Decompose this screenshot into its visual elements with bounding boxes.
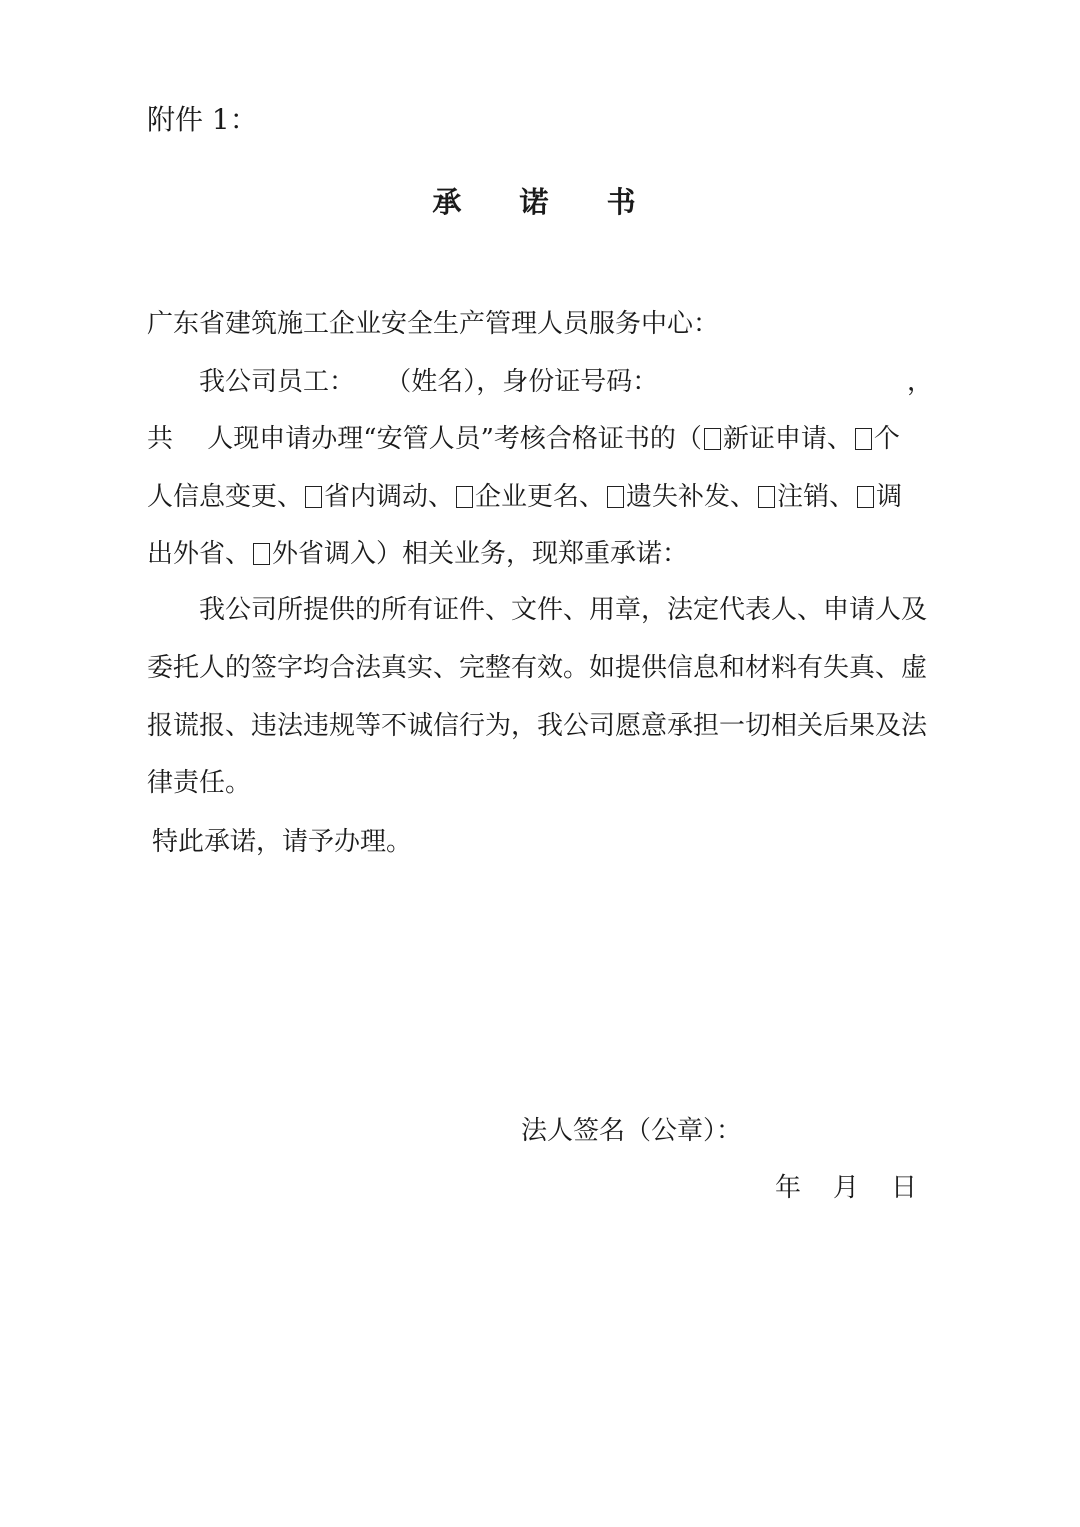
- option-personal-info-change-end: 人信息变更、: [147, 482, 303, 512]
- paragraph2-line2: 委托人的签字均合法真实、完整有效。如提供信息和材料有失真、虚: [147, 652, 933, 684]
- signature-label: 法人签名（公章）：: [521, 1115, 742, 1147]
- checkbox-transfer-in-province[interactable]: [253, 543, 270, 565]
- checkbox-transfer-out-province[interactable]: [857, 486, 874, 508]
- document-title: 承 诺 书: [0, 186, 1080, 218]
- addressee: 广东省建筑施工企业安全生产管理人员服务中心：: [147, 308, 719, 340]
- option-personal-info-change-start: 个: [874, 424, 900, 454]
- checkbox-new-certificate[interactable]: [704, 428, 721, 450]
- checkbox-cancellation[interactable]: [758, 486, 775, 508]
- option-company-rename: 企业更名、: [475, 482, 605, 512]
- option-cancellation: 注销、: [777, 482, 855, 512]
- option-transfer-out-province-end: 出外省、: [147, 539, 251, 569]
- paragraph2-line1: 我公司所提供的所有证件、文件、用章，法定代表人、申请人及: [147, 594, 933, 626]
- paragraph1-line1: 我公司员工： （姓名），身份证号码： ，: [147, 366, 933, 398]
- checkbox-company-rename[interactable]: [456, 486, 473, 508]
- option-lost-reissue: 遗失补发、: [626, 482, 756, 512]
- checkbox-personal-info-change[interactable]: [855, 428, 872, 450]
- option-transfer-in-province: 外省调入）相关业务，现郑重承诺：: [272, 539, 688, 569]
- date-year: 年: [775, 1173, 801, 1203]
- total-label: 共: [147, 424, 173, 454]
- apply-text: 人现申请办理“安管人员”考核合格证书的（: [207, 424, 702, 454]
- option-intra-province-transfer: 省内调动、: [324, 482, 454, 512]
- date-month: 月: [833, 1173, 859, 1203]
- closing-statement: 特此承诺，请予办理。: [152, 826, 412, 858]
- paragraph1-line4: 出外省、外省调入）相关业务，现郑重承诺：: [147, 538, 933, 570]
- paragraph2-line4: 律责任。: [147, 767, 933, 799]
- paragraph1-line3: 人信息变更、省内调动、企业更名、遗失补发、注销、调: [147, 481, 933, 513]
- name-id-label: （姓名），身份证号码：: [385, 367, 658, 397]
- checkbox-intra-province-transfer[interactable]: [305, 486, 322, 508]
- comma: ，: [907, 366, 933, 398]
- employee-label: 我公司员工：: [199, 367, 355, 397]
- date-day: 日: [891, 1173, 917, 1203]
- option-transfer-out-province-start: 调: [876, 482, 902, 512]
- attachment-label: 附件 1：: [147, 104, 258, 136]
- paragraph1-line2: 共 人现申请办理“安管人员”考核合格证书的（新证申请、个: [147, 423, 933, 455]
- paragraph2-line3: 报谎报、违法违规等不诚信行为，我公司愿意承担一切相关后果及法: [147, 710, 933, 742]
- paragraph2-text: 我公司所提供的所有证件、文件、用章，法定代表人、申请人及: [199, 595, 927, 625]
- date-line: 年月日: [775, 1172, 917, 1204]
- checkbox-lost-reissue[interactable]: [607, 486, 624, 508]
- option-new-certificate: 新证申请、: [723, 424, 853, 454]
